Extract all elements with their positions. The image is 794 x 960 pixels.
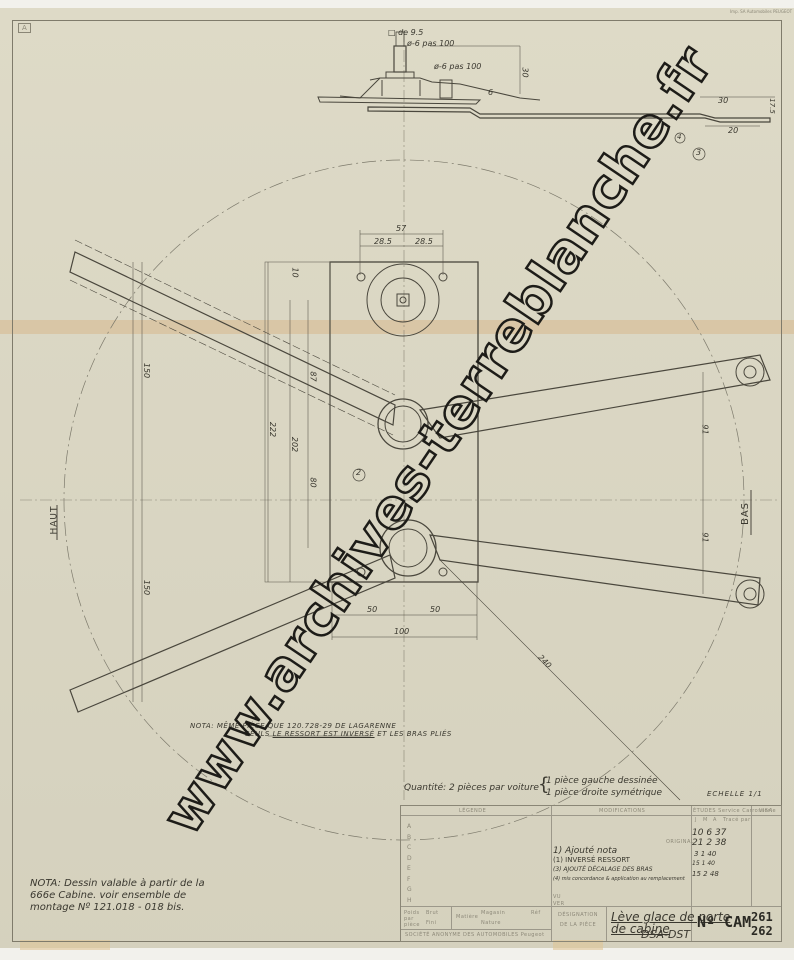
date-row: 15 2 48 <box>692 870 719 878</box>
label-haut: HAUT <box>50 505 60 534</box>
dim-50-left: 50 <box>367 605 377 614</box>
date-row: 3 1 40 <box>694 850 716 858</box>
dim-150-upper: 150 <box>142 363 151 378</box>
brut-label: Brut <box>426 910 439 916</box>
dim-30-right: 30 <box>718 96 728 105</box>
date-row: 21 2 38 <box>692 838 726 848</box>
ver-label: VER <box>553 901 565 907</box>
note-arms: et les bras pliés <box>377 730 452 738</box>
legend-row-letters: ABCDEFGH <box>407 822 412 906</box>
dim-30-height: 30 <box>521 67 530 77</box>
dim-50-right: 50 <box>430 605 440 614</box>
thread-label-2: ø-6 pas 100 <box>434 62 481 71</box>
dim-150-lower: 150 <box>142 580 151 595</box>
a-header: A <box>713 817 717 823</box>
modification-row: (1) INVERSÉ RESSORT <box>553 856 630 864</box>
nota-block: NOTA: Dessin valable à partir de la 666e… <box>30 878 205 914</box>
title-block: LÉGENDE MODIFICATIONS ÉTUDES Service Car… <box>400 805 782 942</box>
label-bas: BAS <box>740 502 751 525</box>
vu-label: VU <box>553 894 561 900</box>
date-row: 15 1 40 <box>692 860 715 867</box>
dim-6: 6 <box>488 88 493 97</box>
ref-label: Réf <box>531 910 541 916</box>
callout-2: 2 <box>356 468 361 477</box>
dim-17-5: 17.5 <box>768 98 776 114</box>
dim-202: 202 <box>290 437 299 452</box>
visa-header: VISA <box>759 808 773 814</box>
dim-222: 222 <box>268 422 277 437</box>
original-label: ORIGINAL <box>666 839 694 845</box>
nature-label: Nature <box>481 920 501 926</box>
designation-label: DÉSIGNATION DE LA PIÈCE <box>554 910 602 930</box>
dim-87: 87 <box>309 371 318 381</box>
part-model: DSA-DST <box>641 928 690 941</box>
dim-80: 80 <box>309 477 318 487</box>
dim-28-5-right: 28.5 <box>415 237 433 246</box>
drawing-number-prefix: Nº CAM <box>697 913 751 931</box>
legende-header: LÉGENDE <box>459 808 486 814</box>
m-header: M <box>703 817 708 823</box>
dim-91-lower: 91 <box>701 532 710 542</box>
thread-label-1: ø-6 pas 100 <box>407 39 454 48</box>
drawing-number-2: 262 <box>751 924 773 938</box>
nota-line-1: NOTA: Dessin valable à partir de la <box>30 878 205 890</box>
dim-91-upper: 91 <box>701 424 710 434</box>
modifications-header: MODIFICATIONS <box>599 808 645 814</box>
square-dim-label: □ de 9.5 <box>388 28 423 37</box>
j-header: J <box>695 817 697 823</box>
dim-28-5-left: 28.5 <box>374 237 392 246</box>
quantity-line-2: 1 pièce droite symétrique <box>546 788 662 798</box>
poids-label: Poids par pièce <box>404 910 426 928</box>
note-spring: le ressort est inversé <box>273 730 375 738</box>
date-row-original: 10 6 37 <box>692 828 726 838</box>
dim-57: 57 <box>396 224 406 233</box>
quantity-line-1: 1 pièce gauche dessinée <box>546 776 658 786</box>
modification-row: (3) Ajouté décalage des bras <box>553 866 653 873</box>
quantity-label: Quantité: 2 pièces par voiture <box>404 783 539 793</box>
modification-row: (4) mis concordance & application au rem… <box>553 876 685 882</box>
callout-3: 3 <box>696 148 701 157</box>
fini-label: Fini <box>426 920 436 926</box>
dim-20-right: 20 <box>728 126 738 135</box>
nota-line-3: montage Nº 121.018 - 018 bis. <box>30 902 205 914</box>
matiere-label: Matière <box>456 914 478 920</box>
drawing-number-1: 261 <box>751 910 773 924</box>
modification-row: 1) Ajouté nota <box>553 846 617 856</box>
dim-10: 10 <box>291 267 300 277</box>
trace-par-header: Tracé par <box>723 817 751 823</box>
nota-line-2: 666e Cabine. voir ensemble de <box>30 890 205 902</box>
dim-100: 100 <box>394 627 409 636</box>
company-label: SOCIÉTÉ ANONYME DES AUTOMOBILES Peugeot <box>405 932 545 938</box>
scale-label: ECHELLE 1/1 <box>707 790 763 798</box>
magasin-label: Magasin <box>481 910 505 916</box>
